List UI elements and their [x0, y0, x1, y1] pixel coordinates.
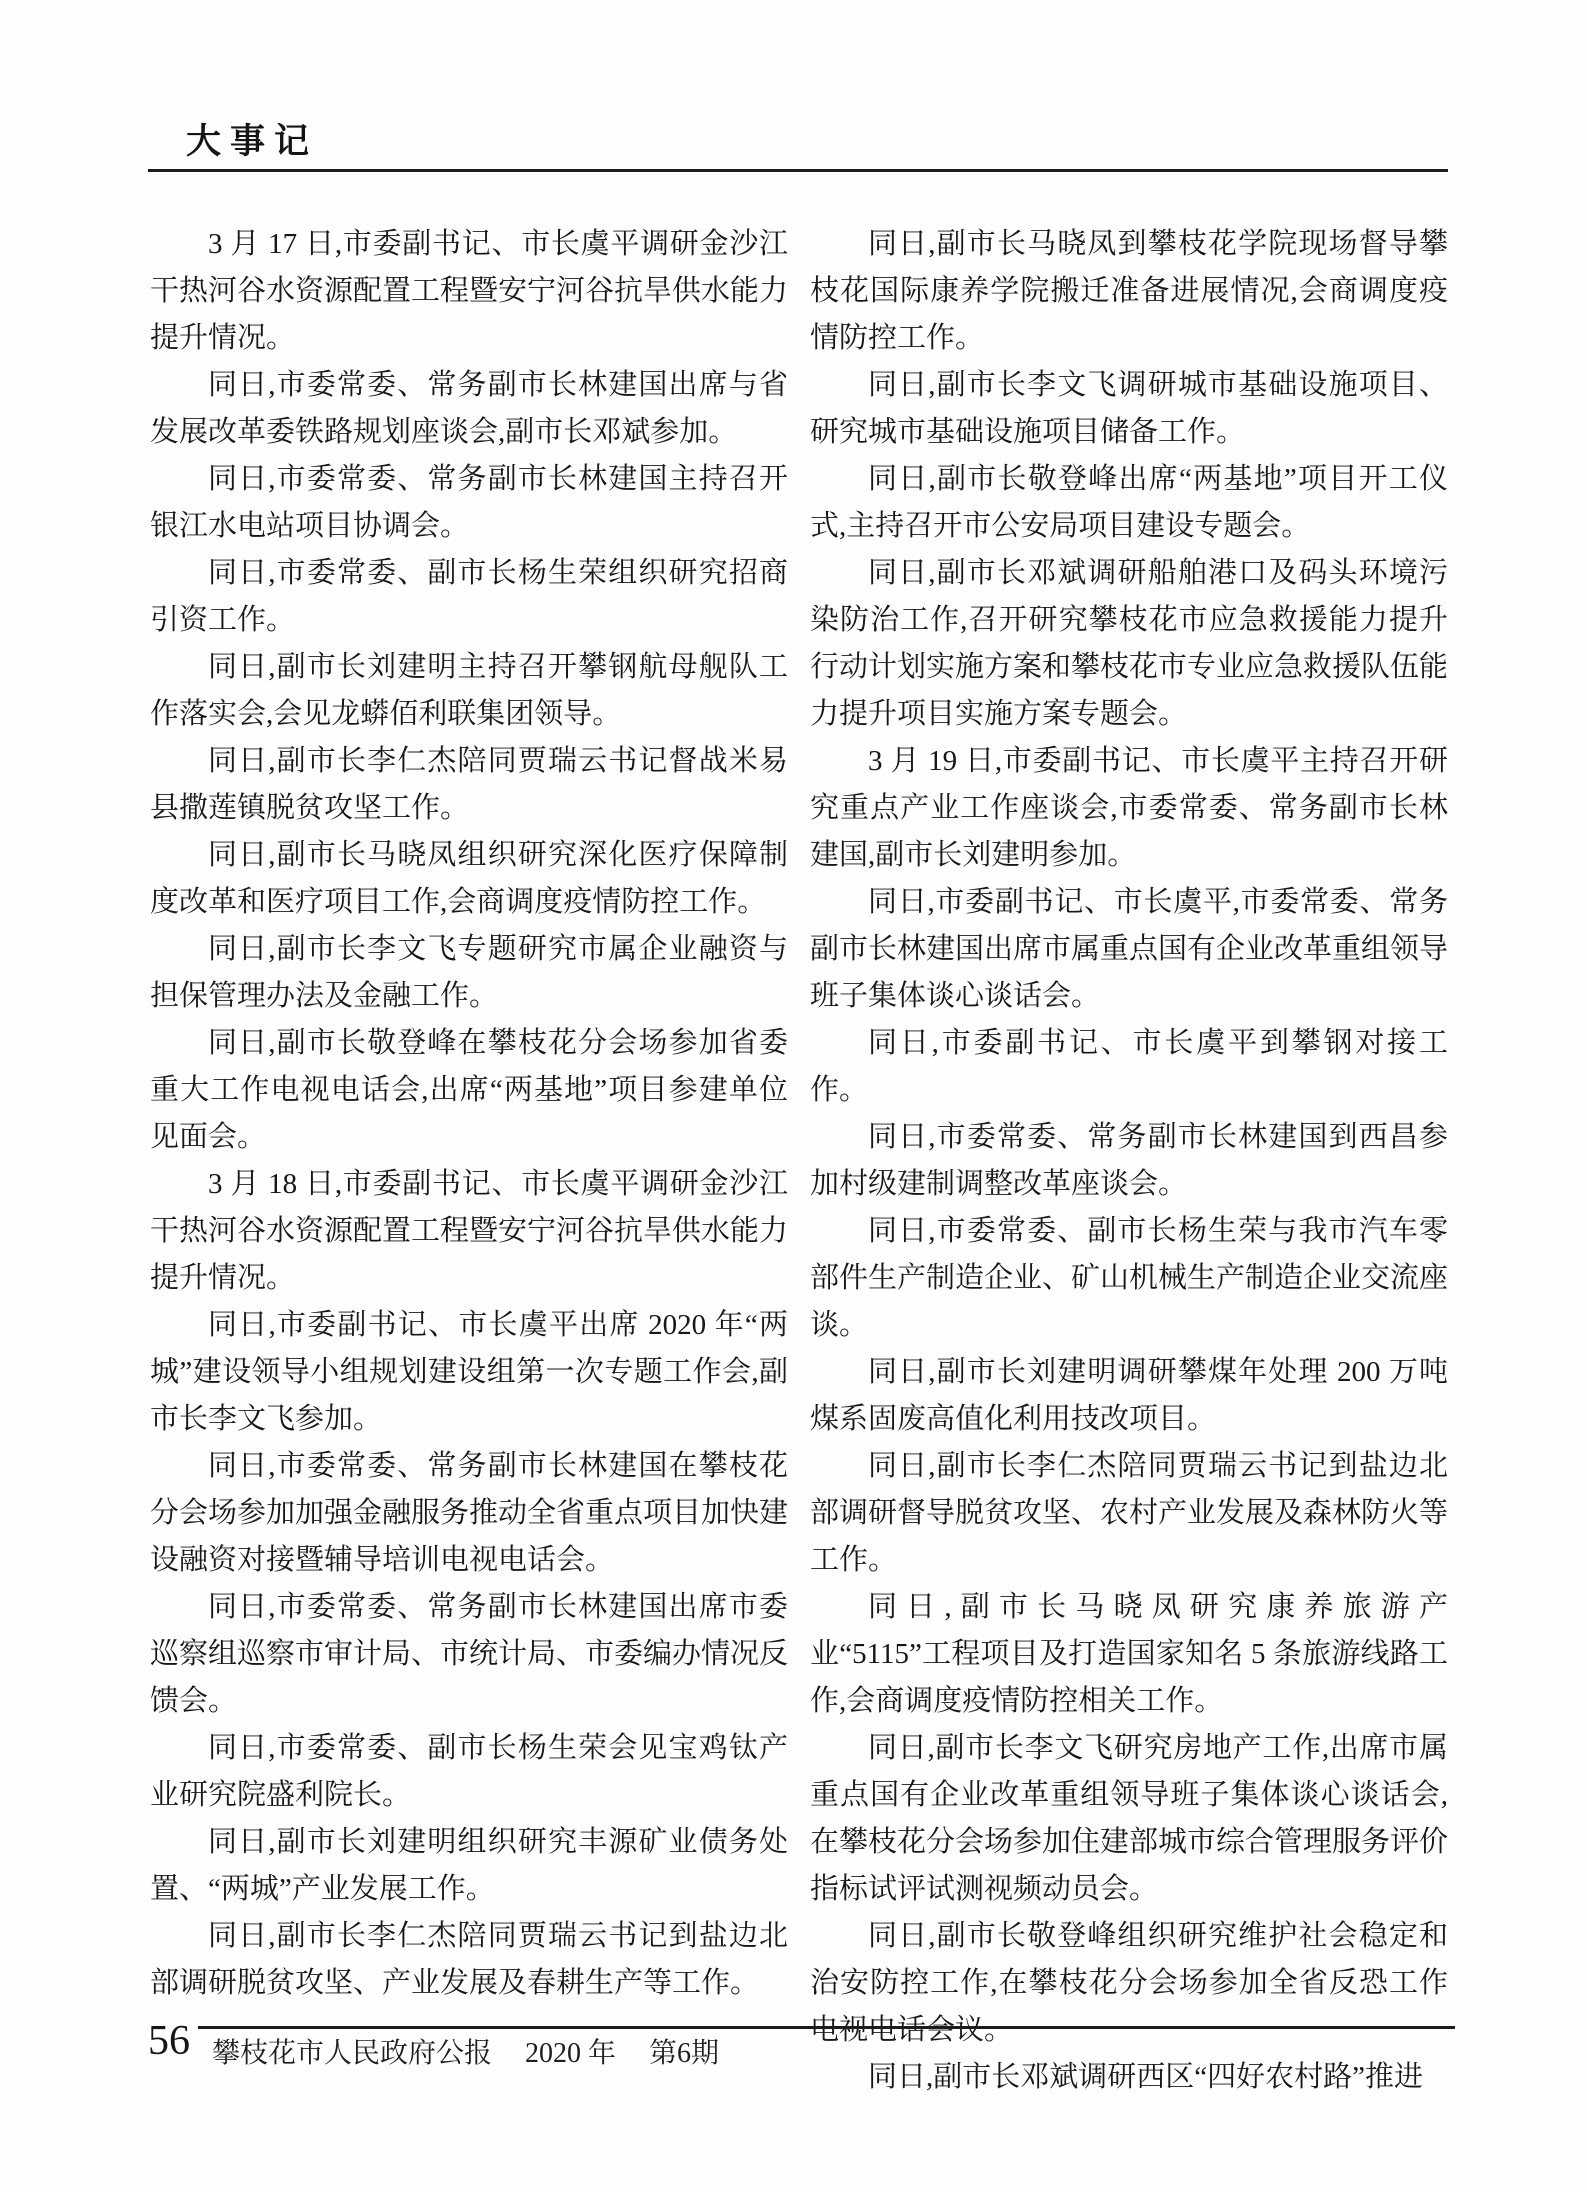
- paragraph: 同日,市委常委、副市长杨生荣组织研究招商引资工作。: [150, 550, 788, 644]
- paragraph: 同日,副市长李文飞调研城市基础设施项目、研究城市基础设施项目储备工作。: [810, 362, 1448, 456]
- paragraph: 同日,市委常委、常务副市长林建国到西昌参加村级建制调整改革座谈会。: [810, 1114, 1448, 1208]
- paragraph: 同日,市委副书记、市长虞平,市委常委、常务副市长林建国出席市属重点国有企业改革重…: [810, 879, 1448, 1020]
- header-rule: [148, 169, 1448, 172]
- right-column: 同日,副市长马晓凤到攀枝花学院现场督导攀枝花国际康养学院搬迁准备进展情况,会商调…: [810, 221, 1448, 2101]
- paragraph: 3 月 18 日,市委副书记、市长虞平调研金沙江干热河谷水资源配置工程暨安宁河谷…: [150, 1161, 788, 1302]
- footer-rule: 攀枝花市人民政府公报 2020 年 第6期: [198, 2026, 1455, 2071]
- paragraph: 同日,副市长李仁杰陪同贾瑞云书记到盐边北部调研督导脱贫攻坚、农村产业发展及森林防…: [810, 1443, 1448, 1584]
- paragraph: 同日,副市长刘建明主持召开攀钢航母舰队工作落实会,会见龙蟒佰利联集团领导。: [150, 644, 788, 738]
- paragraph: 同日,副市长李文飞专题研究市属企业融资与担保管理办法及金融工作。: [150, 926, 788, 1020]
- footer-text: 攀枝花市人民政府公报 2020 年 第6期: [198, 2037, 1455, 2071]
- paragraph: 同日,副市长李文飞研究房地产工作,出席市属重点国有企业改革重组领导班子集体谈心谈…: [810, 1725, 1448, 1913]
- paragraph: 同日,副市长马晓凤到攀枝花学院现场督导攀枝花国际康养学院搬迁准备进展情况,会商调…: [810, 221, 1448, 362]
- article-body: 3 月 17 日,市委副书记、市长虞平调研金沙江干热河谷水资源配置工程暨安宁河谷…: [150, 221, 1448, 2101]
- page-number: 56: [148, 2020, 198, 2062]
- issue-number: 第6期: [649, 2038, 719, 2069]
- paragraph: 同日,副市长马晓凤研究康养旅游产业“5115”工程项目及打造国家知名 5 条旅游…: [810, 1584, 1448, 1725]
- gazette-page: 大事记 3 月 17 日,市委副书记、市长虞平调研金沙江干热河谷水资源配置工程暨…: [0, 0, 1587, 2192]
- publication-year: 2020 年: [525, 2038, 616, 2069]
- paragraph: 同日,副市长敬登峰在攀枝花分会场参加省委重大工作电视电话会,出席“两基地”项目参…: [150, 1020, 788, 1161]
- paragraph: 同日,市委常委、副市长杨生荣与我市汽车零部件生产制造企业、矿山机械生产制造企业交…: [810, 1208, 1448, 1349]
- page-header: 大事记: [148, 124, 1448, 172]
- paragraph: 同日,市委副书记、市长虞平到攀钢对接工作。: [810, 1020, 1448, 1114]
- paragraph: 同日,副市长敬登峰出席“两基地”项目开工仪式,主持召开市公安局项目建设专题会。: [810, 456, 1448, 550]
- paragraph: 同日,市委常委、常务副市长林建国出席市委巡察组巡察市审计局、市统计局、市委编办情…: [150, 1584, 788, 1725]
- paragraph: 同日,市委常委、常务副市长林建国主持召开银江水电站项目协调会。: [150, 456, 788, 550]
- paragraph: 同日,市委常委、常务副市长林建国在攀枝花分会场参加加强金融服务推动全省重点项目加…: [150, 1443, 788, 1584]
- page-footer: 56 攀枝花市人民政府公报 2020 年 第6期: [148, 2016, 1455, 2071]
- paragraph: 同日,市委常委、常务副市长林建国出席与省发展改革委铁路规划座谈会,副市长邓斌参加…: [150, 362, 788, 456]
- paragraph: 同日,副市长刘建明调研攀煤年处理 200 万吨煤系固废高值化利用技改项目。: [810, 1349, 1448, 1443]
- left-column: 3 月 17 日,市委副书记、市长虞平调研金沙江干热河谷水资源配置工程暨安宁河谷…: [150, 221, 788, 2101]
- publication-name: 攀枝花市人民政府公报: [212, 2038, 492, 2069]
- paragraph: 同日,市委常委、副市长杨生荣会见宝鸡钛产业研究院盛利院长。: [150, 1725, 788, 1819]
- paragraph: 3 月 19 日,市委副书记、市长虞平主持召开研究重点产业工作座谈会,市委常委、…: [810, 738, 1448, 879]
- paragraph: 同日,副市长李仁杰陪同贾瑞云书记督战米易县撒莲镇脱贫攻坚工作。: [150, 738, 788, 832]
- page-title: 大事记: [148, 124, 1448, 159]
- paragraph: 同日,副市长李仁杰陪同贾瑞云书记到盐边北部调研脱贫攻坚、产业发展及春耕生产等工作…: [150, 1913, 788, 2007]
- paragraph: 3 月 17 日,市委副书记、市长虞平调研金沙江干热河谷水资源配置工程暨安宁河谷…: [150, 221, 788, 362]
- paragraph: 同日,副市长马晓凤组织研究深化医疗保障制度改革和医疗项目工作,会商调度疫情防控工…: [150, 832, 788, 926]
- paragraph: 同日,副市长邓斌调研船舶港口及码头环境污染防治工作,召开研究攀枝花市应急救援能力…: [810, 550, 1448, 738]
- paragraph: 同日,副市长刘建明组织研究丰源矿业债务处置、“两城”产业发展工作。: [150, 1819, 788, 1913]
- paragraph: 同日,市委副书记、市长虞平出席 2020 年“两城”建设领导小组规划建设组第一次…: [150, 1302, 788, 1443]
